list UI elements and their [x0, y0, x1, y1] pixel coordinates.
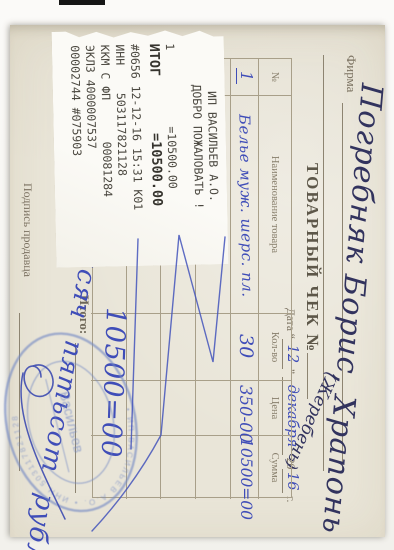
- header-price: Цена: [258, 381, 291, 436]
- header-sum: Сумма: [258, 436, 291, 499]
- row1-qty-cell: 30: [230, 314, 258, 381]
- svg-text:• ИП ВАСИЛЬЕВ А.О. • ИНН 50311: • ИП ВАСИЛЬЕВ А.О. • ИНН 503117821128: [8, 386, 153, 521]
- firm-name-handwritten: Погребняк Борис, Храпонь: [317, 82, 389, 513]
- empty-cell: [195, 314, 230, 381]
- empty-cell: [195, 381, 230, 436]
- rotated-document: Фирма ТОВАРНЫЙ ЧЕК № Дата “12” декабря 2…: [0, 0, 394, 550]
- header-qty: Кол-во: [258, 314, 291, 381]
- row1-num-cell: 1: [230, 59, 258, 96]
- header-name: Наименование товара: [258, 96, 291, 314]
- seller-signature-label: Подпись продавца: [20, 183, 35, 277]
- scanner-edge-mark: [59, 0, 105, 5]
- empty-cell: [161, 314, 196, 381]
- stamp-center-name: Васильев: [57, 390, 88, 455]
- row1-name-cell: Белье муж. шерс. пл.: [230, 96, 258, 314]
- empty-cell: [161, 381, 196, 436]
- stamp-ring-text: • ИП ВАСИЛЬЕВ А.О. • ИНН 503117821128: [8, 386, 153, 521]
- scan-background: Фирма ТОВАРНЫЙ ЧЕК № Дата “12” декабря 2…: [0, 0, 394, 550]
- cash-register-receipt: ИП ВАСИЛЬЕВ А.О. ДОБРО ПОЖАЛОВАТЬ ! 1 =1…: [52, 28, 229, 268]
- form-title: ТОВАРНЫЙ ЧЕК №: [302, 163, 322, 399]
- empty-cell: [195, 436, 230, 499]
- row1-price-cell: 350-00: [230, 381, 258, 436]
- empty-cell: [161, 436, 196, 499]
- header-num: №: [258, 59, 291, 96]
- row1-sum-cell: 10500=00: [230, 436, 258, 499]
- goods-receipt-form: Фирма ТОВАРНЫЙ ЧЕК № Дата “12” декабря 2…: [10, 25, 385, 537]
